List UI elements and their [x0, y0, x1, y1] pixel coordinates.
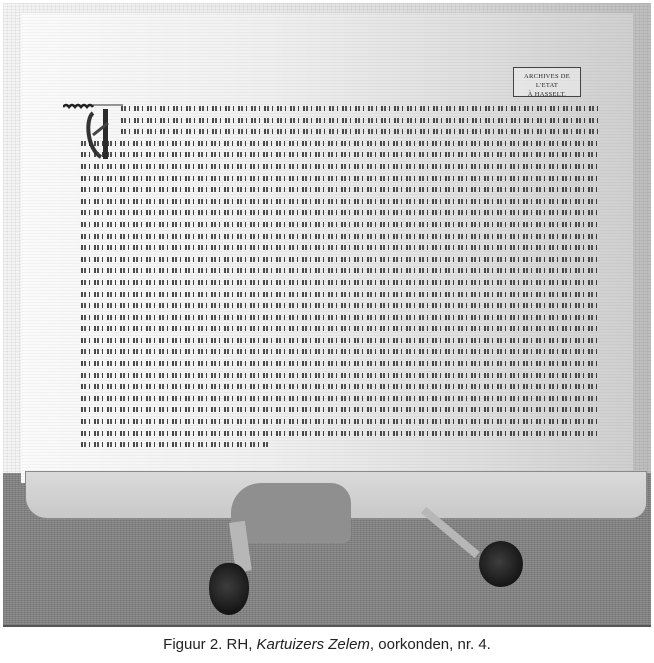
script-line — [81, 103, 611, 115]
handwriting — [81, 210, 601, 215]
handwriting — [81, 152, 601, 157]
archive-stamp: ARCHIVES DE L'ETAT À HASSELT. — [513, 67, 581, 97]
handwriting — [121, 118, 601, 123]
charter-photograph: ARCHIVES DE L'ETAT À HASSELT. — [3, 3, 651, 627]
script-line — [81, 184, 611, 196]
script-line — [81, 196, 611, 208]
handwriting — [81, 141, 601, 146]
script-line — [81, 428, 611, 440]
handwriting — [81, 431, 601, 436]
caption-label: Figuur 2. — [163, 636, 222, 653]
figure-caption: Figuur 2. RH, Kartuizers Zelem, oorkonde… — [0, 636, 654, 653]
handwriting — [81, 257, 601, 262]
caption-suffix: , oorkonden, nr. 4. — [370, 636, 491, 653]
handwriting — [81, 234, 601, 239]
handwriting — [81, 396, 601, 401]
figure: ARCHIVES DE L'ETAT À HASSELT. Figuur 2. … — [0, 0, 654, 663]
handwriting — [81, 292, 601, 297]
script-line — [81, 335, 611, 347]
handwriting — [81, 315, 601, 320]
caption-title: Kartuizers Zelem — [257, 636, 370, 653]
script-line — [81, 126, 611, 138]
script-line — [81, 323, 611, 335]
script-line — [81, 416, 611, 428]
handwriting — [81, 199, 601, 204]
handwriting — [81, 164, 601, 169]
script-line — [81, 370, 611, 382]
script-line — [81, 219, 611, 231]
handwriting — [81, 245, 601, 250]
script-line — [81, 358, 611, 370]
script-line — [81, 277, 611, 289]
wax-seal-right — [479, 541, 523, 587]
handwriting — [81, 176, 601, 181]
handwriting — [81, 280, 601, 285]
script-line — [81, 115, 611, 127]
script-line — [81, 346, 611, 358]
stamp-line-1: ARCHIVES DE L'ETAT — [514, 72, 580, 90]
handwriting — [81, 187, 601, 192]
script-line — [81, 242, 611, 254]
handwriting — [81, 419, 601, 424]
script-line — [81, 207, 611, 219]
plica-tear — [231, 483, 351, 543]
handwriting — [81, 338, 601, 343]
script-line — [81, 439, 611, 451]
script-line — [81, 138, 611, 150]
handwriting — [81, 303, 601, 308]
handwriting — [81, 373, 601, 378]
script-line — [81, 161, 611, 173]
script-line — [81, 312, 611, 324]
handwriting — [81, 384, 601, 389]
handwriting — [81, 361, 601, 366]
script-line — [81, 393, 611, 405]
script-line — [81, 254, 611, 266]
handwriting — [81, 349, 601, 354]
handwriting — [81, 326, 601, 331]
handwriting — [81, 407, 601, 412]
charter-text — [81, 103, 611, 451]
caption-prefix: RH, — [227, 636, 253, 653]
script-line — [81, 381, 611, 393]
script-line — [81, 289, 611, 301]
script-line — [81, 231, 611, 243]
script-line — [81, 149, 611, 161]
script-line — [81, 300, 611, 312]
script-line — [81, 404, 611, 416]
handwriting — [81, 222, 601, 227]
handwriting — [81, 442, 271, 447]
script-line — [81, 265, 611, 277]
script-line — [81, 173, 611, 185]
handwriting — [121, 106, 601, 111]
wax-seal-left — [209, 563, 249, 615]
handwriting — [81, 268, 601, 273]
stamp-line-2: À HASSELT. — [514, 90, 580, 99]
handwriting — [121, 129, 601, 134]
